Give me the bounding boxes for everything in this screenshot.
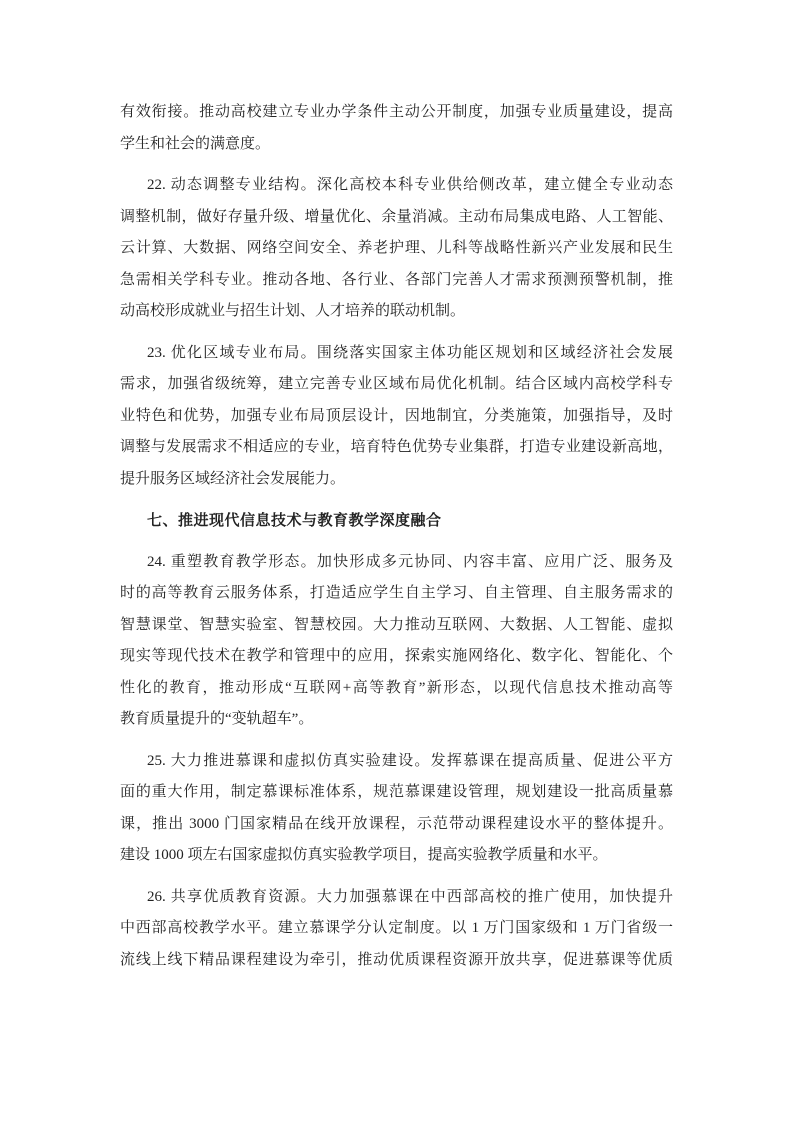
text-line: 教育质量提升的“变轨超车”。 — [120, 704, 673, 736]
text-line: 提升服务区域经济社会发展能力。 — [120, 464, 673, 496]
text-line: 26. 共享优质教育资源。大力加强慕课在中西部高校的推广使用，加快提升 — [120, 882, 673, 914]
document-body: 有效衔接。推动高校建立专业办学条件主动公开制度，加强专业质量建设，提高学生和社会… — [120, 97, 673, 976]
section-heading: 七、推进现代信息技术与教育教学深度融合 — [120, 505, 673, 537]
text-line: 建设 1000 项左右国家虚拟仿真实验教学项目，提高实验教学质量和水平。 — [120, 840, 673, 872]
text-line: 学生和社会的满意度。 — [120, 129, 673, 161]
text-line: 25. 大力推进慕课和虚拟仿真实验建设。发挥慕课在提高质量、促进公平方 — [120, 746, 673, 778]
text-line: 课，推出 3000 门国家精品在线开放课程，示范带动课程建设水平的整体提升。 — [120, 809, 673, 841]
text-line: 22. 动态调整专业结构。深化高校本科专业供给侧改革，建立健全专业动态 — [120, 170, 673, 202]
text-line: 动高校形成就业与招生计划、人才培养的联动机制。 — [120, 296, 673, 328]
text-line: 面的重大作用，制定慕课标准体系，规范慕课建设管理，规划建设一批高质量慕 — [120, 777, 673, 809]
heading-text-line: 七、推进现代信息技术与教育教学深度融合 — [120, 505, 673, 537]
text-line: 有效衔接。推动高校建立专业办学条件主动公开制度，加强专业质量建设，提高 — [120, 97, 673, 129]
paragraph: 有效衔接。推动高校建立专业办学条件主动公开制度，加强专业质量建设，提高学生和社会… — [120, 97, 673, 160]
text-line: 中西部高校教学水平。建立慕课学分认定制度。以 1 万门国家级和 1 万门省级一 — [120, 913, 673, 945]
text-line: 云计算、大数据、网络空间安全、养老护理、儿科等战略性新兴产业发展和民生 — [120, 233, 673, 265]
text-line: 需求，加强省级统筹，建立完善专业区域布局优化机制。结合区域内高校学科专 — [120, 369, 673, 401]
text-line: 急需相关学科专业。推动各地、各行业、各部门完善人才需求预测预警机制，推 — [120, 265, 673, 297]
text-line: 流线上线下精品课程建设为牵引，推动优质课程资源开放共享，促进慕课等优质 — [120, 945, 673, 977]
paragraph: 26. 共享优质教育资源。大力加强慕课在中西部高校的推广使用，加快提升中西部高校… — [120, 882, 673, 977]
paragraph: 24. 重塑教育教学形态。加快形成多元协同、内容丰富、应用广泛、服务及时的高等教… — [120, 547, 673, 736]
text-line: 23. 优化区域专业布局。围绕落实国家主体功能区规划和区域经济社会发展 — [120, 338, 673, 370]
text-line: 性化的教育，推动形成“互联网+高等教育”新形态，以现代信息技术推动高等 — [120, 673, 673, 705]
text-line: 调整与发展需求不相适应的专业，培育特色优势专业集群，打造专业建设新高地， — [120, 432, 673, 464]
text-line: 业特色和优势，加强专业布局顶层设计，因地制宜，分类施策，加强指导，及时 — [120, 401, 673, 433]
document-page: 有效衔接。推动高校建立专业办学条件主动公开制度，加强专业质量建设，提高学生和社会… — [0, 0, 793, 1122]
text-line: 智慧课堂、智慧实验室、智慧校园。大力推动互联网、大数据、人工智能、虚拟 — [120, 610, 673, 642]
text-line: 时的高等教育云服务体系，打造适应学生自主学习、自主管理、自主服务需求的 — [120, 578, 673, 610]
text-line: 24. 重塑教育教学形态。加快形成多元协同、内容丰富、应用广泛、服务及 — [120, 547, 673, 579]
paragraph: 25. 大力推进慕课和虚拟仿真实验建设。发挥慕课在提高质量、促进公平方面的重大作… — [120, 746, 673, 872]
text-line: 现实等现代技术在教学和管理中的应用，探索实施网络化、数字化、智能化、个 — [120, 641, 673, 673]
paragraph: 22. 动态调整专业结构。深化高校本科专业供给侧改革，建立健全专业动态调整机制，… — [120, 170, 673, 328]
paragraph: 23. 优化区域专业布局。围绕落实国家主体功能区规划和区域经济社会发展需求，加强… — [120, 338, 673, 496]
text-line: 调整机制，做好存量升级、增量优化、余量消减。主动布局集成电路、人工智能、 — [120, 202, 673, 234]
